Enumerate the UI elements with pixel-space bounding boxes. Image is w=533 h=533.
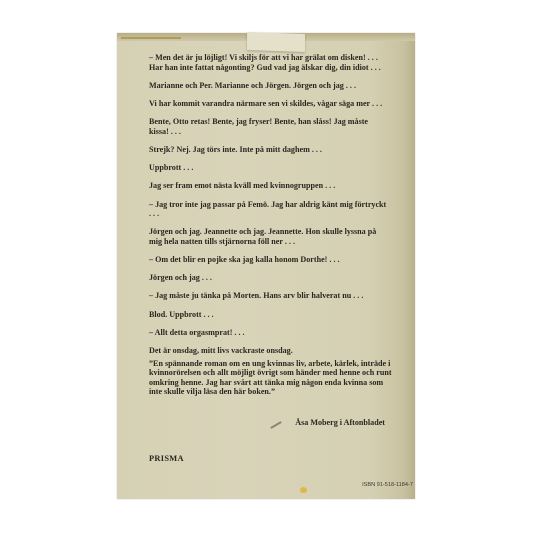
- blurb-paragraph: Uppbrott . . .: [149, 163, 389, 173]
- blurb-paragraph: – Om det blir en pojke ska jag kalla hon…: [149, 255, 389, 265]
- review-quote: ”En spännande roman om en ung kvinnas li…: [149, 359, 394, 397]
- blurb-paragraph: Strejk? Nej. Jag törs inte. Inte på mitt…: [149, 145, 389, 155]
- blurb-paragraph: Vi har kommit varandra närmare sen vi sk…: [149, 99, 389, 109]
- book-back-cover: – Men det är ju löjligt! Vi skiljs för a…: [117, 33, 415, 499]
- blurb-text: – Men det är ju löjligt! Vi skiljs för a…: [149, 53, 389, 364]
- pen-mark: [270, 421, 281, 429]
- isbn-label: ISBN 91-518-1184-7: [362, 482, 413, 488]
- blurb-paragraph: Jörgen och jag . . .: [149, 273, 389, 283]
- blurb-paragraph: Marianne och Per. Marianne och Jörgen. J…: [149, 81, 389, 91]
- blurb-paragraph: Jörgen och jag. Jeannette och jag. Jeann…: [149, 227, 389, 246]
- blurb-paragraph: – Allt detta orgasmprat! . . .: [149, 328, 389, 338]
- blurb-paragraph: Jag ser fram emot nästa kväll med kvinno…: [149, 181, 389, 191]
- blurb-paragraph: – Men det är ju löjligt! Vi skiljs för a…: [149, 53, 389, 72]
- yellow-stain: [300, 487, 307, 493]
- blurb-paragraph: – Jag måste ju tänka på Morten. Hans arv…: [149, 291, 389, 301]
- review-attribution: Åsa Moberg i Aftonbladet: [295, 418, 385, 427]
- blurb-paragraph: Det är onsdag, mitt livs vackraste onsda…: [149, 346, 389, 356]
- blurb-paragraph: Blod. Uppbrott . . .: [149, 310, 389, 320]
- edge-discoloration: [121, 37, 181, 39]
- blurb-paragraph: – Jag tror inte jag passar på Femö. Jag …: [149, 200, 389, 219]
- tape-strip: [247, 32, 305, 52]
- publisher-name: PRISMA: [149, 454, 184, 463]
- blurb-paragraph: Bente, Otto retas! Bente, jag fryser! Be…: [149, 117, 389, 136]
